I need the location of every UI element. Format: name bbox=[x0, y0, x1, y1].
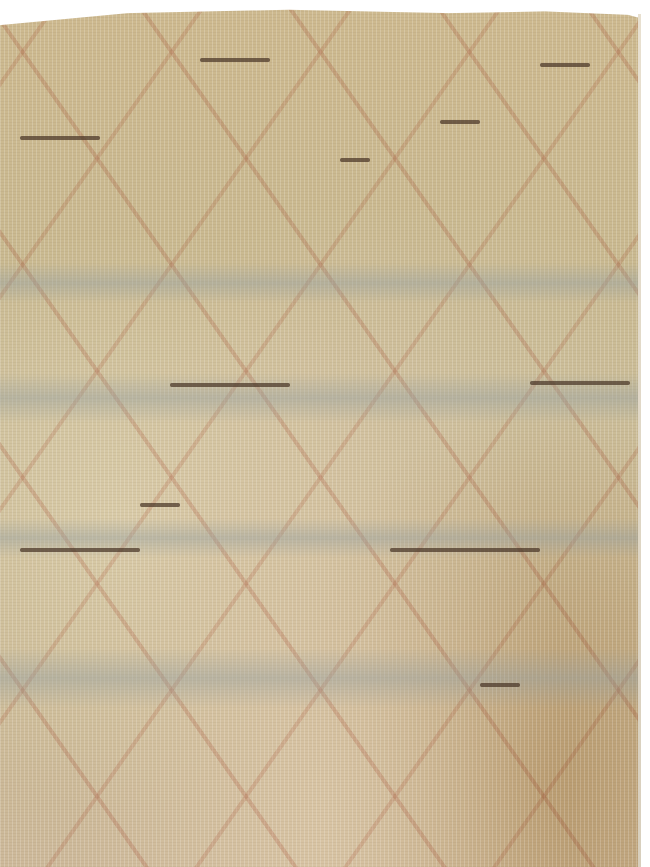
rug-dark-mark bbox=[480, 683, 520, 687]
rug-dark-mark bbox=[340, 158, 370, 162]
rug-dark-mark bbox=[540, 63, 590, 67]
rug-photo bbox=[0, 8, 641, 867]
rug-abrash-band bbox=[0, 648, 641, 708]
rug-dark-mark bbox=[140, 503, 180, 507]
rug-dark-mark bbox=[20, 548, 140, 552]
rug-dark-mark bbox=[170, 383, 290, 387]
rug-dark-mark bbox=[390, 548, 540, 552]
rug-dark-mark bbox=[440, 120, 480, 124]
rug-side-edge bbox=[638, 14, 641, 867]
rug-dark-mark bbox=[200, 58, 270, 62]
rug-dark-mark bbox=[20, 136, 100, 140]
rug-dark-mark bbox=[530, 381, 630, 385]
rug-abrash-band bbox=[0, 518, 641, 558]
rug-abrash-band bbox=[0, 263, 641, 303]
